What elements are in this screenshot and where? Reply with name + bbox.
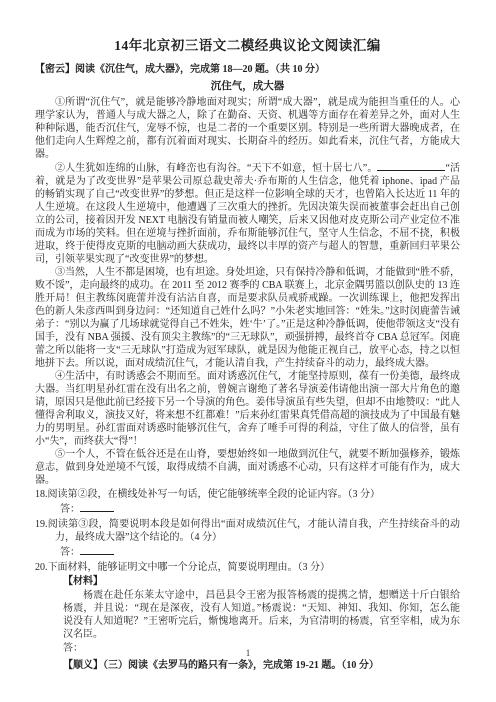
answer-line-19: 答： <box>35 545 460 560</box>
section-header-miyun: 【密云】阅读《沉住气，成大器》，完成第 18—20 题。（共 10 分） <box>35 63 460 77</box>
answer-label: 答： <box>60 547 80 558</box>
answer-line-18: 答： <box>35 502 460 517</box>
essay-paragraph-5: ⑤一个人，不管在低谷还是在山脊，要想始终如一地做到沉住气，就要不断加强修养，锻炼… <box>35 448 460 487</box>
material-block: 【材料】 杨震在赴任东莱太守途中，昌邑县令王密为报答杨震的提携之情，想赠送十斤白… <box>63 575 460 656</box>
paragraph-2-text-after-blank: “活着，就是为了改变世界”是苹果公司原总裁史蒂夫·乔布斯的人生信念，他凭着 ip… <box>35 163 460 265</box>
answer-blank-line <box>80 502 114 512</box>
document-title: 14年北京初三语文二模经典议论文阅读汇编 <box>35 34 460 54</box>
essay-paragraph-1: ①所谓“沉住气”，就是能够冷静地面对现实；所谓“成大器”，就是成为能担当重任的人… <box>35 96 460 161</box>
document-page: 14年北京初三语文二模经典议论文阅读汇编 【密云】阅读《沉住气，成大器》，完成第… <box>0 0 496 702</box>
essay-paragraph-4: ④生活中，有时诱惑会不期而至。面对诱惑沉住气，才能坚持原则，葆有一份美德，最终成… <box>35 370 460 448</box>
question-20: 20.下面材料，能够证明文中哪一个分论点，简要说明理由。（3 分） <box>35 561 460 575</box>
paragraph-2-text-before-blank: ②人生犹如连绵的山脉，有峰峦也有沟谷。“天下不如意，恒十居七八”。 <box>55 163 377 174</box>
answer-label: 答： <box>60 504 80 515</box>
section-header-shunyi: 【顺义】（三）阅读《去罗马的路只有一条》，完成第 19-21 题。（10 分） <box>63 659 460 673</box>
answer-blank-line <box>80 545 114 555</box>
question-18: 18.阅读第②段，在横线处补写一句话，使它能够统率全段的论证内容。（3 分） <box>35 488 460 502</box>
essay-paragraph-3: ③当然，人生不都是困境，也有坦途。身处坦途，只有保持冷静和低调，才能做到“胜不骄… <box>35 266 460 370</box>
question-19: 19.阅读第③段，简要说明本段是如何得出“面对成绩沉住气，才能认清自我，产生持续… <box>35 518 460 545</box>
material-label: 【材料】 <box>63 575 460 589</box>
material-text: 杨震在赴任东莱太守途中，昌邑县令王密为报答杨震的提携之情，想赠送十斤白银给杨震，… <box>63 589 460 641</box>
page-number: 1 <box>0 648 496 658</box>
fill-in-blank-line <box>377 161 445 171</box>
essay-paragraph-2: ②人生犹如连绵的山脉，有峰峦也有沟谷。“天下不如意，恒十居七八”。“活着，就是为… <box>35 161 460 266</box>
essay-title: 沉住气，成大器 <box>35 80 460 94</box>
